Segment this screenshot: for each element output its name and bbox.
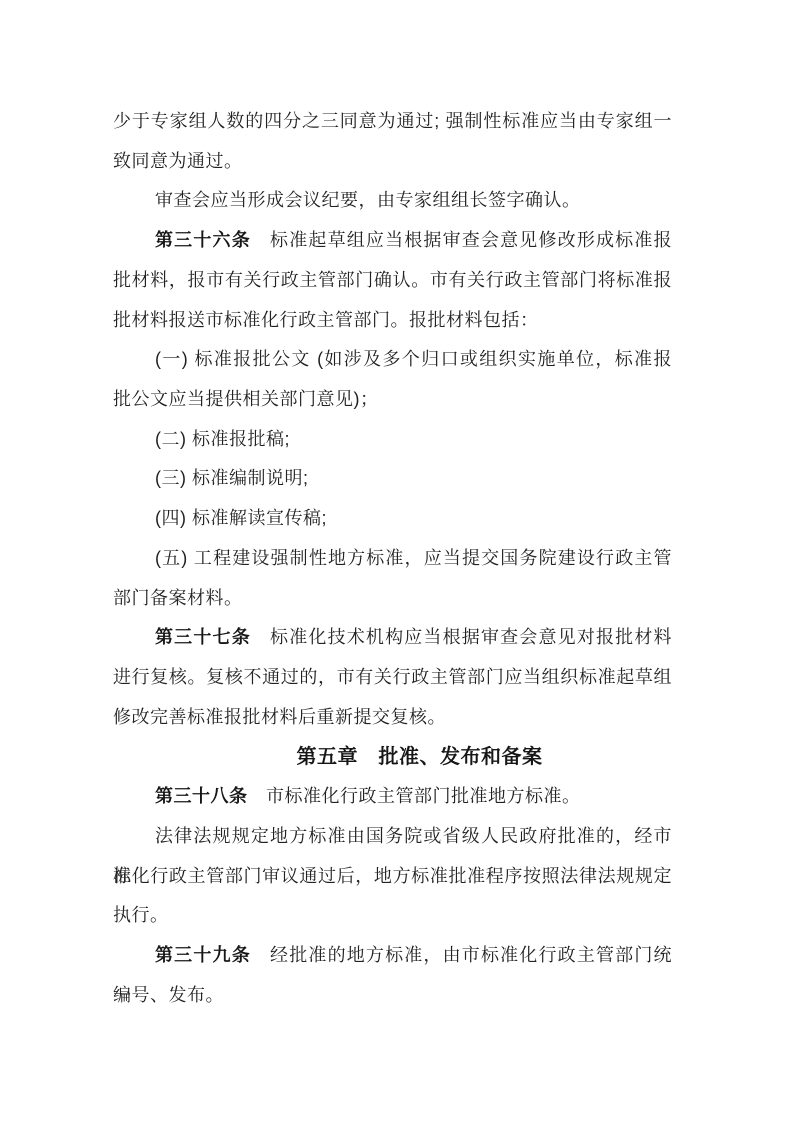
line-text: 批材料报送市标准化行政主管部门。报批材料包括： <box>113 310 539 330</box>
chapter-5-heading: 第五章 批准、发布和备案 <box>113 738 672 778</box>
article-39-heading-line: 第三十九条 经批准的地方标准，由市标准化行政主管部门统一 <box>113 936 672 976</box>
line-text: 准化行政主管部门审议通过后，地方标准批准程序按照法律法规规定 <box>113 866 672 886</box>
line-text: 标准化技术机构应当根据审查会意见对报批材料 <box>251 627 672 647</box>
document-page: 少于专家组人数的四分之三同意为通过; 强制性标准应当由专家组一 致同意为通过。 … <box>0 0 793 1122</box>
line-text: 修改完善标准报批材料后重新提交复核。 <box>113 707 446 727</box>
text-line: 批材料报送市标准化行政主管部门。报批材料包括： <box>113 301 672 341</box>
text-line: 修改完善标准报批材料后重新提交复核。 <box>113 698 672 738</box>
line-text: 批材料，报市有关行政主管部门确认。市有关行政主管部门将标准报 <box>113 270 672 290</box>
line-text: 标准起草组应当根据审查会意见修改形成标准报 <box>251 230 672 250</box>
line-text: (一) 标准报批公文 (如涉及多个归口或组织实施单位，标准报 <box>155 349 672 369</box>
text-line: 少于专家组人数的四分之三同意为通过; 强制性标准应当由专家组一 <box>113 102 672 142</box>
line-text: (二) 标准报批稿; <box>155 429 290 449</box>
list-item-4-line: (四) 标准解读宣传稿; <box>113 499 672 539</box>
text-line: 审查会应当形成会议纪要，由专家组组长签字确认。 <box>113 181 672 221</box>
line-text: 批公文应当提供相关部门意见)； <box>113 389 379 409</box>
article-number: 第三十八条 <box>155 786 248 806</box>
line-text: 少于专家组人数的四分之三同意为通过; 强制性标准应当由专家组一 <box>113 111 672 131</box>
text-line: 执行。 <box>113 896 672 936</box>
text-line: 致同意为通过。 <box>113 142 672 182</box>
line-text: 致同意为通过。 <box>113 151 243 171</box>
article-number: 第三十九条 <box>155 945 251 965</box>
document-text-block: 少于专家组人数的四分之三同意为通过; 强制性标准应当由专家组一 致同意为通过。 … <box>113 102 672 1016</box>
text-line: 批材料，报市有关行政主管部门确认。市有关行政主管部门将标准报 <box>113 261 672 301</box>
article-36-heading-line: 第三十六条 标准起草组应当根据审查会意见修改形成标准报 <box>113 221 672 261</box>
text-line: 进行复核。复核不通过的，市有关行政主管部门应当组织标准起草组 <box>113 658 672 698</box>
line-text: 进行复核。复核不通过的，市有关行政主管部门应当组织标准起草组 <box>113 667 672 687</box>
article-number: 第三十六条 <box>155 230 251 250</box>
line-text: 审查会应当形成会议纪要，由专家组组长签字确认。 <box>155 190 581 210</box>
article-37-heading-line: 第三十七条 标准化技术机构应当根据审查会意见对报批材料 <box>113 618 672 658</box>
line-text: (四) 标准解读宣传稿; <box>155 508 327 528</box>
text-line: 部门备案材料。 <box>113 579 672 619</box>
article-38-heading-line: 第三十八条 市标准化行政主管部门批准地方标准。 <box>113 777 672 817</box>
text-line: 批公文应当提供相关部门意见)； <box>113 380 672 420</box>
line-text: (三) 标准编制说明; <box>155 468 309 488</box>
line-text: 部门备案材料。 <box>113 588 243 608</box>
line-text: 市标准化行政主管部门批准地方标准。 <box>248 786 581 806</box>
line-text: 编号、发布。 <box>113 985 224 1005</box>
list-item-2-line: (二) 标准报批稿; <box>113 420 672 460</box>
line-text: (五) 工程建设强制性地方标准，应当提交国务院建设行政主管 <box>155 548 672 568</box>
line-text: 执行。 <box>113 905 169 925</box>
chapter-heading-text: 第五章 批准、发布和备案 <box>297 746 543 768</box>
list-item-5-line: (五) 工程建设强制性地方标准，应当提交国务院建设行政主管 <box>113 539 672 579</box>
text-line: 准化行政主管部门审议通过后，地方标准批准程序按照法律法规规定 <box>113 857 672 897</box>
text-line: 编号、发布。 <box>113 976 672 1016</box>
text-line: 法律法规规定地方标准由国务院或省级人民政府批准的，经市标 <box>113 817 672 857</box>
list-item-1-line: (一) 标准报批公文 (如涉及多个归口或组织实施单位，标准报 <box>113 340 672 380</box>
article-number: 第三十七条 <box>155 627 251 647</box>
list-item-3-line: (三) 标准编制说明; <box>113 459 672 499</box>
